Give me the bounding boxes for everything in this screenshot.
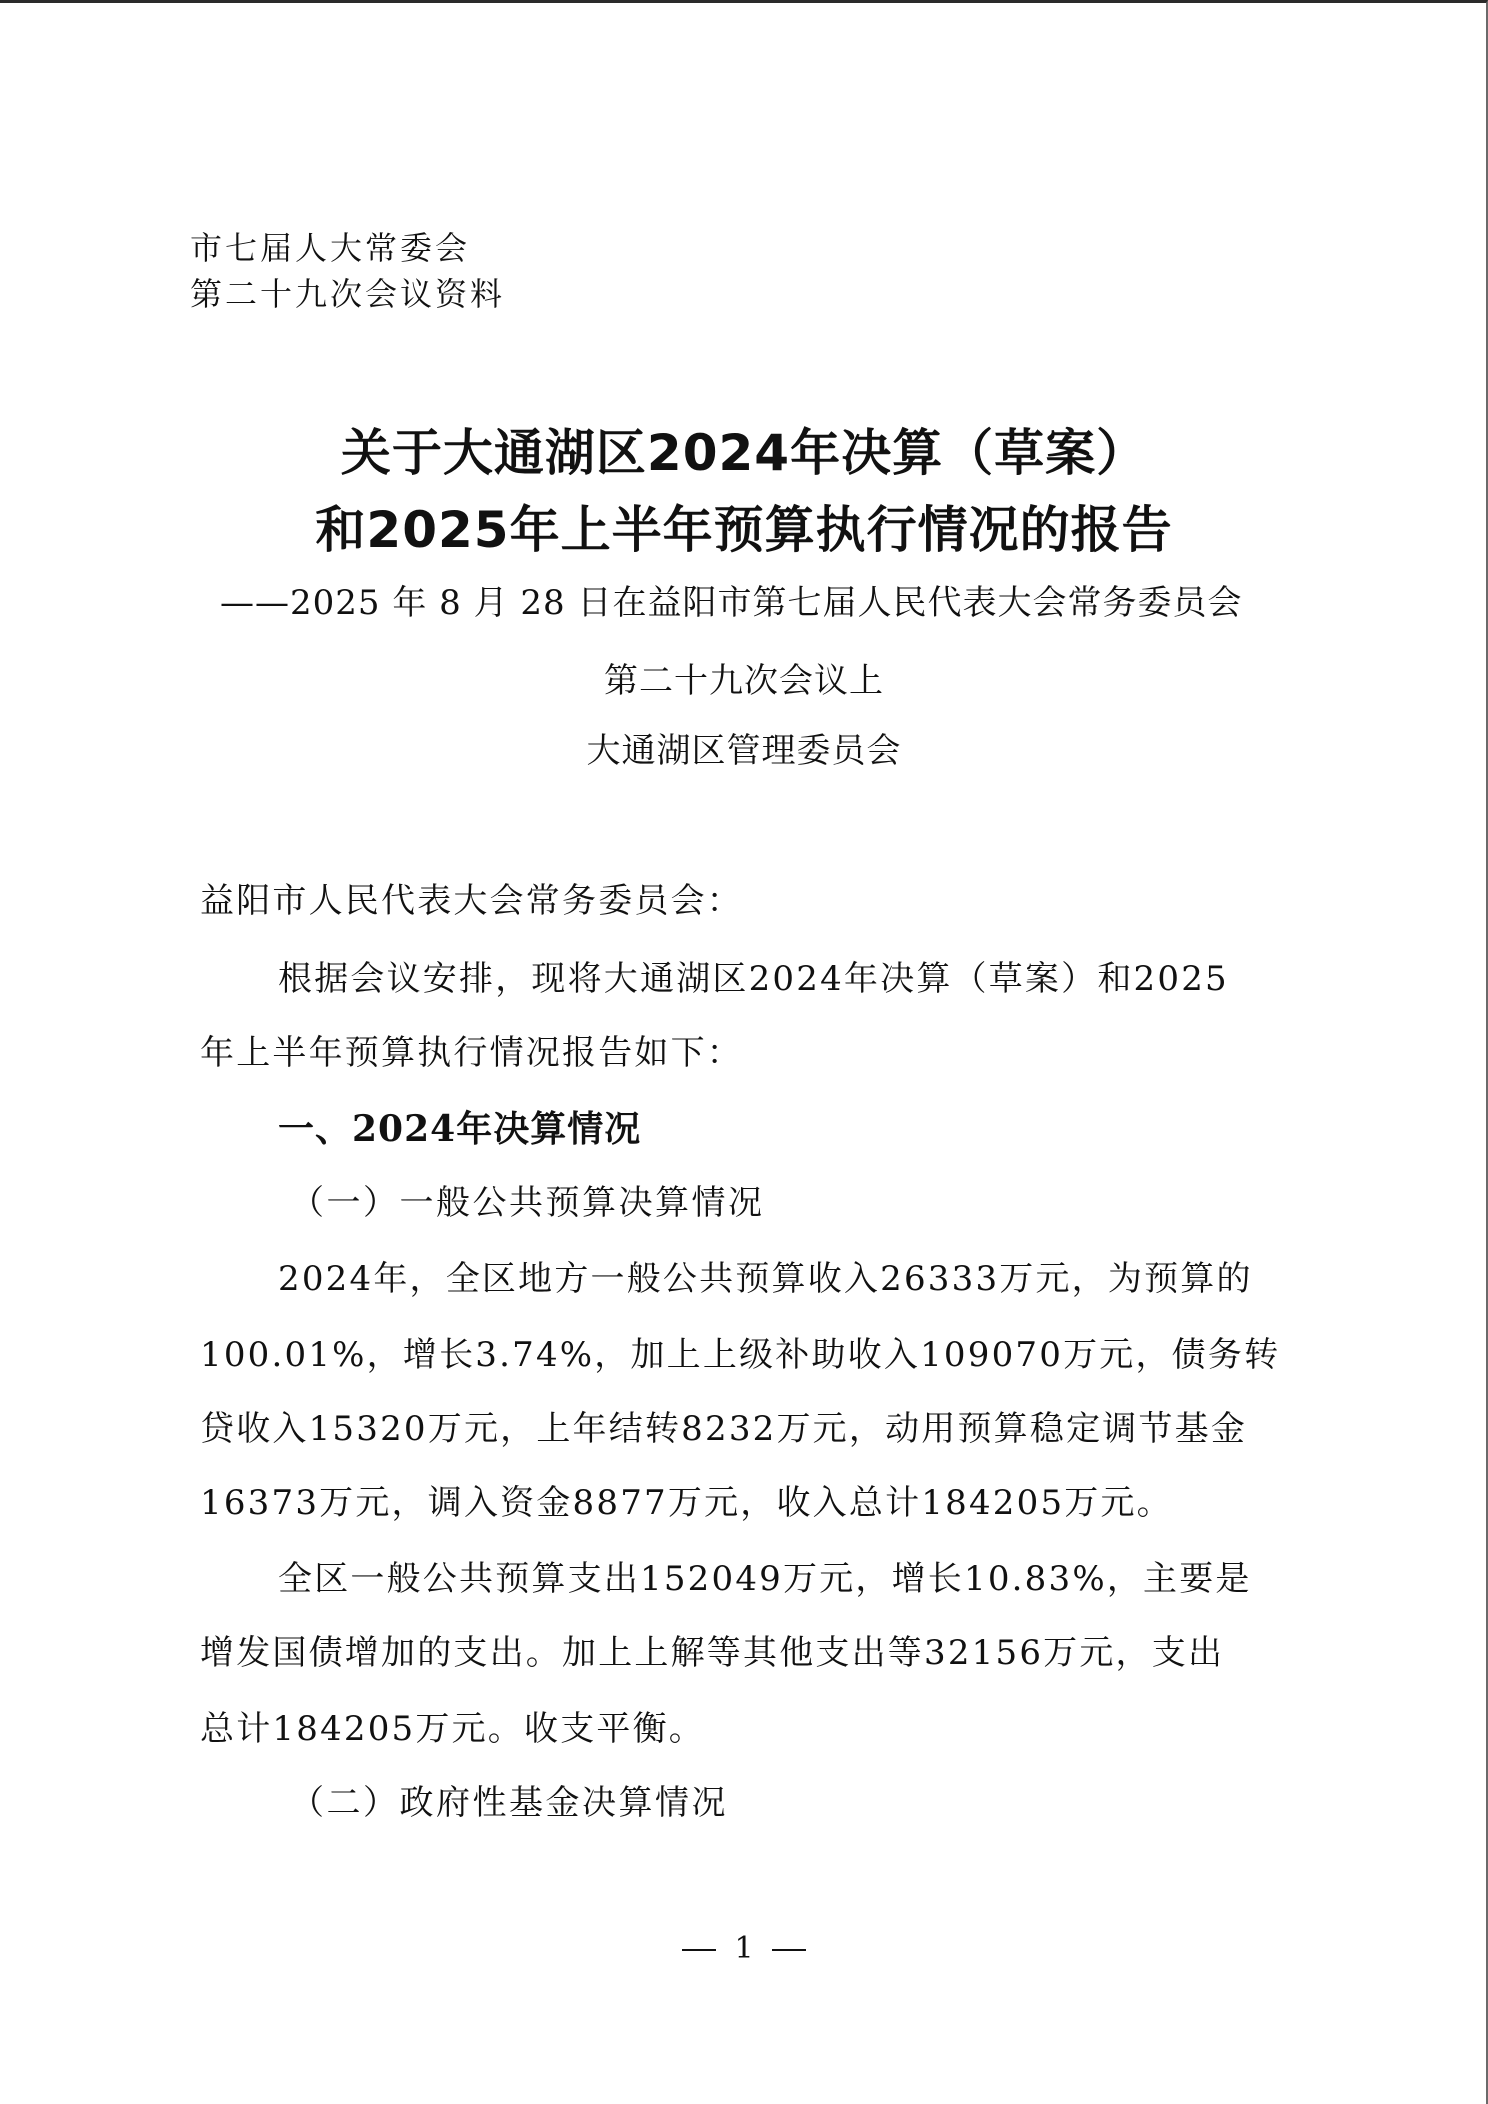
meeting-header: 市七届人大常委会 第二十九次会议资料 [190, 225, 505, 317]
paragraph-2-line-3: 总计184205万元。收支平衡。 [200, 1701, 705, 1750]
document-title-line-1: 关于大通湖区2024年决算（草案） [0, 413, 1488, 485]
paragraph-1-line-3: 贷收入15320万元，上年结转8232万元，动用预算稳定调节基金 [200, 1401, 1247, 1450]
section-heading-1: 一、2024年决算情况 [278, 1101, 641, 1152]
paragraph-2-line-2: 增发国债增加的支出。加上上解等其他支出等32156万元，支出 [200, 1625, 1224, 1674]
paragraph-2-line-1: 全区一般公共预算支出152049万元，增长10.83%，主要是 [278, 1551, 1252, 1600]
intro-line-1: 根据会议安排，现将大通湖区2024年决算（草案）和2025 [278, 951, 1229, 1000]
paragraph-1-line-2: 100.01%，增长3.74%，加上上级补助收入109070万元，债务转 [200, 1327, 1280, 1376]
document-page: 市七届人大常委会 第二十九次会议资料 关于大通湖区2024年决算（草案） 和20… [0, 0, 1488, 2104]
salutation: 益阳市人民代表大会常务委员会： [200, 873, 743, 922]
meeting-header-line-2: 第二十九次会议资料 [190, 271, 505, 317]
intro-line-2: 年上半年预算执行情况报告如下： [200, 1025, 743, 1074]
paragraph-1-line-1: 2024年，全区地方一般公共预算收入26333万元，为预算的 [278, 1251, 1253, 1300]
subtitle-issuer: 大通湖区管理委员会 [0, 723, 1488, 772]
page-number-value: 1 [734, 1931, 753, 1966]
document-title-line-2: 和2025年上半年预算执行情况的报告 [0, 490, 1488, 562]
subtitle-line-1: ——2025 年 8 月 28 日在益阳市第七届人民代表大会常务委员会 [220, 575, 1242, 624]
subsection-heading-2: （二）政府性基金决算情况 [290, 1775, 728, 1824]
meeting-header-line-1: 市七届人大常委会 [190, 225, 505, 271]
page-number-dash-right [772, 1949, 806, 1951]
paragraph-1-line-4: 16373万元，调入资金8877万元，收入总计184205万元。 [200, 1475, 1173, 1524]
page-number-dash-left [682, 1949, 716, 1951]
subsection-heading-1: （一）一般公共预算决算情况 [290, 1175, 765, 1224]
page-number: 1 [0, 1931, 1488, 1966]
subtitle-line-2: 第二十九次会议上 [0, 653, 1488, 702]
